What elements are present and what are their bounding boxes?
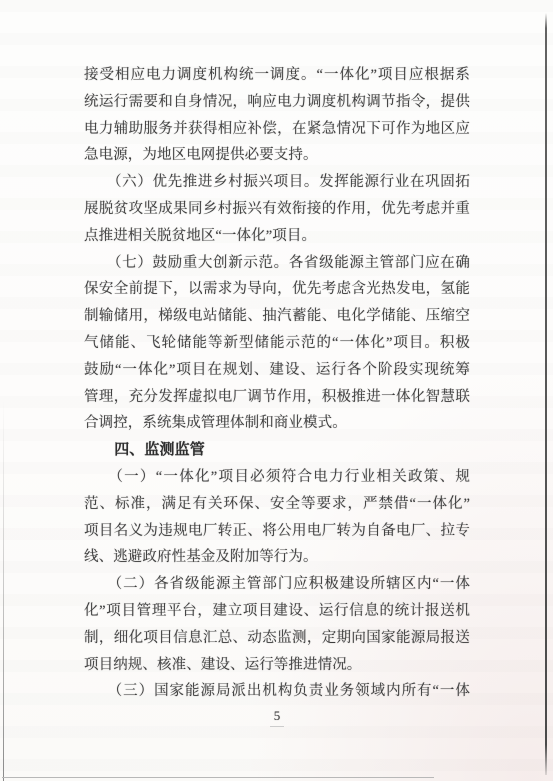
scan-edge-line-bottom [2,777,434,778]
text-line: 项目名义为违规电厂转正、将公用电厂转为自备电厂、拉专 [84,518,470,545]
text-line: （二）各省级能源主管部门应积极建设所辖区内“一体 [84,571,470,598]
text-line: 制，细化项目信息汇总、动态监测，定期向国家能源局报送 [84,625,470,652]
text-block: 接受相应电力调度机构统一调度。“一体化”项目应根据系统运行需要和自身情况，响应电… [84,62,470,705]
text-line: 点推进相关脱贫地区“一体化”项目。 [84,223,470,250]
text-line: 接受相应电力调度机构统一调度。“一体化”项目应根据系 [84,62,470,89]
page-number: 5 [84,708,470,724]
page-footer: 5 [84,705,470,745]
text-line: （七）鼓励重大创新示范。各省级能源主管部门应在确 [84,250,470,277]
text-line: 管理，充分发挥虚拟电厂调节作用，积极推进一体化智慧联 [84,384,470,411]
text-line: 项目纳规、核准、建设、运行等推进情况。 [84,652,470,679]
text-line: （一）“一体化”项目必须符合电力行业相关政策、规 [84,464,470,491]
page-number-underline-mark [270,726,284,727]
text-line: 制输储用，梯级电站储能、抽汽蓄能、电化学储能、压缩空 [84,303,470,330]
text-line: 化”项目管理平台，建立项目建设、运行信息的统计报送机 [84,598,470,625]
text-line: 鼓励“一体化”项目在规划、建设、运行各个阶段实现统筹 [84,357,470,384]
text-line: 展脱贫攻坚成果同乡村振兴有效衔接的作用，优先考虑并重 [84,196,470,223]
scan-edge-line-right [545,13,547,775]
text-line: （三）国家能源局派出机构负责业务领域内所有“一体 [84,678,470,705]
scanned-document-page: 接受相应电力调度机构统一调度。“一体化”项目应根据系统运行需要和自身情况，响应电… [0,0,553,781]
text-line: 电力辅助服务并获得相应补偿，在紧急情况下可作为地区应 [84,116,470,143]
scan-edge-line-left [3,400,4,781]
text-line: （六）优先推进乡村振兴项目。发挥能源行业在巩固拓 [84,169,470,196]
text-line: 线、逃避政府性基金及附加等行为。 [84,544,470,571]
text-line: 合调控，系统集成管理体制和商业模式。 [84,410,470,437]
section-heading: 四、监测监管 [84,437,470,464]
text-line: 统运行需要和自身情况，响应电力调度机构调节指令，提供 [84,89,470,116]
text-line: 范、标准，满足有关环保、安全等要求，严禁借“一体化” [84,491,470,518]
text-line: 保安全前提下，以需求为导向，优先考虑含光热发电，氢能 [84,276,470,303]
text-line: 气储能、飞轮储能等新型储能示范的“一体化”项目。积极 [84,330,470,357]
text-line: 急电源，为地区电网提供必要支持。 [84,142,470,169]
